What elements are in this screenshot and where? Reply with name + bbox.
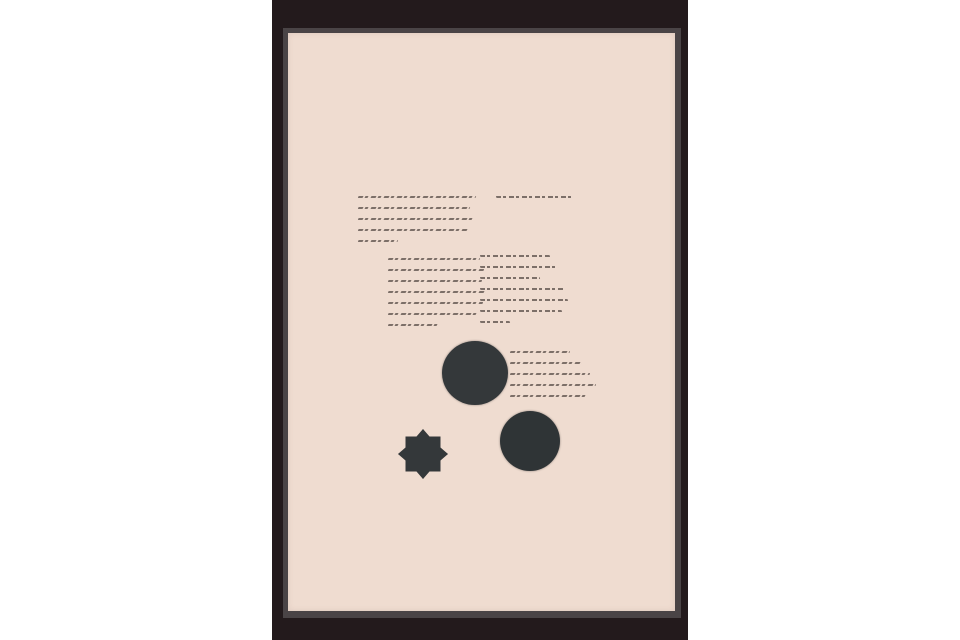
english-text-top [358,196,478,251]
english-text-middle [388,258,488,335]
seal-round-lower [500,411,560,471]
signature-block [510,351,620,406]
arabic-text-middle [480,255,575,332]
document-paper: Framed historical treaty document with h… [288,33,675,611]
seal-star [398,429,448,479]
document-description: Framed historical treaty document with h… [288,33,289,34]
seal-large-round [442,341,508,405]
arabic-text-top [496,196,576,207]
